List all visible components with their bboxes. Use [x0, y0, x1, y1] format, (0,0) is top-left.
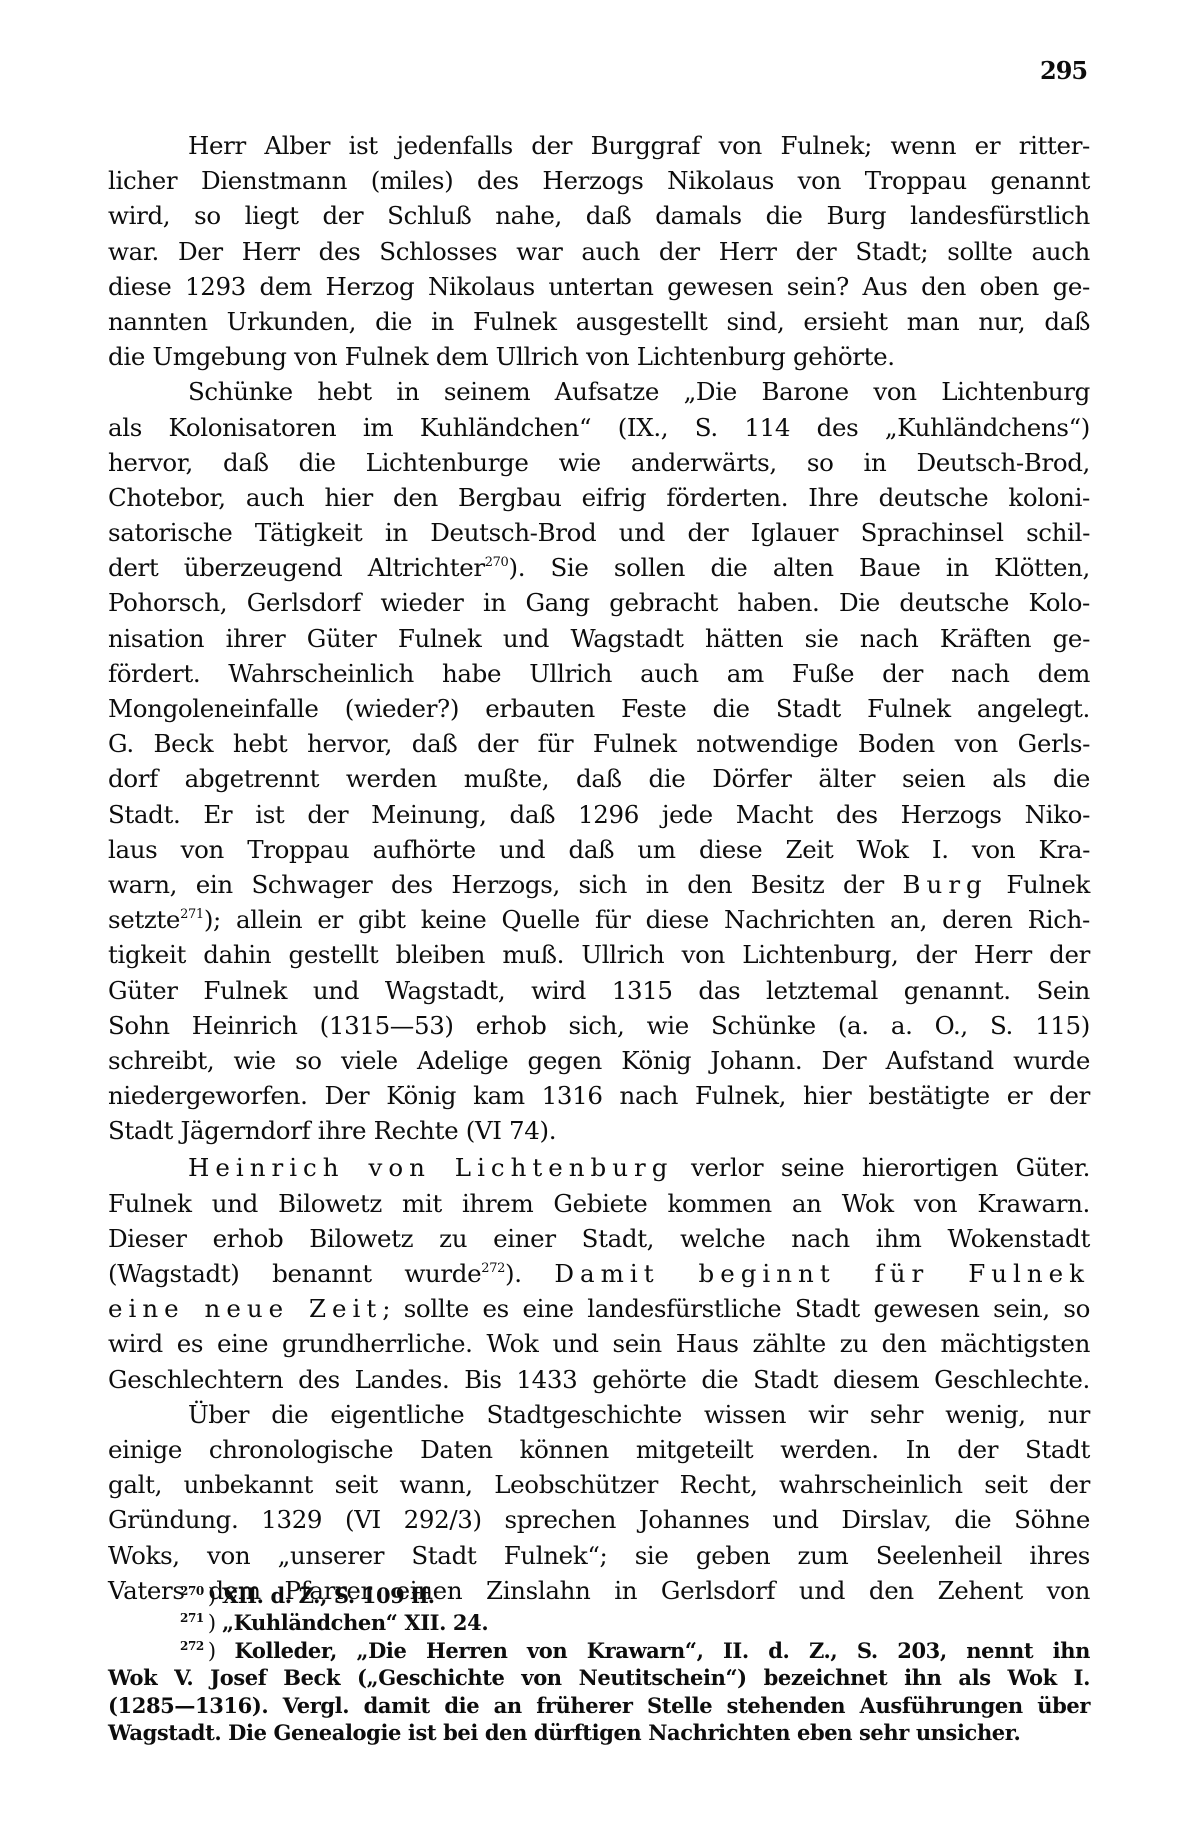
- text-line: Heinrich von Lichtenburg verlor seine hi…: [108, 1150, 1090, 1185]
- text-line: hervor, daß die Lichtenburge wie anderwä…: [108, 445, 1090, 480]
- text-line: wird es eine grundherrliche. Wok und sei…: [108, 1326, 1090, 1361]
- document-page: 295 Herr Alber ist jedenfalls der Burggr…: [0, 0, 1200, 1829]
- text-line: nisation ihrer Güter Fulnek und Wagstadt…: [108, 621, 1090, 656]
- footnote-270: 270) XII. d. Z., S. 109 ff.: [108, 1582, 1090, 1609]
- text-line: licher Dienstmann (miles) des Herzogs Ni…: [108, 163, 1090, 198]
- text-segment: warn, ein Schwager des Herzogs, sich in …: [108, 870, 884, 899]
- text-line: dert überzeugend Altrichter270). Sie sol…: [108, 550, 1090, 585]
- text-line: fördert. Wahrscheinlich habe Ullrich auc…: [108, 656, 1090, 691]
- footnote-ref-272[interactable]: 272: [481, 1261, 505, 1276]
- text-segment: ). Sie sollen die alten Baue in Klötten,: [508, 553, 1090, 582]
- text-line: dorf abgetrennt werden mußte, daß die Dö…: [108, 761, 1090, 796]
- text-segment: ).: [505, 1259, 554, 1288]
- text-line: Gründung. 1329 (VI 292/3) sprechen Johan…: [108, 1502, 1090, 1537]
- footnotes: 270) XII. d. Z., S. 109 ff. 271) „Kuhlän…: [108, 1582, 1090, 1746]
- emphasized-text: Damit beginnt für Fulnek: [554, 1259, 1090, 1288]
- text-line: die Umgebung von Fulnek dem Ullrich von …: [108, 339, 1090, 374]
- emphasized-text: Heinrich von Lichtenburg: [188, 1153, 673, 1182]
- text-line: Pohorsch, Gerlsdorf wieder in Gang gebra…: [108, 585, 1090, 620]
- text-line: eine neue Zeit; sollte es eine landesfür…: [108, 1291, 1090, 1326]
- footnote-continuation: Wagstadt. Die Genealogie ist bei den dür…: [108, 1719, 1090, 1746]
- footnote-mark: 270: [180, 1584, 204, 1598]
- footnote-text: „Kuhländchen“ XII. 24.: [222, 1610, 488, 1635]
- text-line: Chotebor, auch hier den Bergbau eifrig f…: [108, 480, 1090, 515]
- text-line: Woks, von „unserer Stadt Fulnek“; sie ge…: [108, 1538, 1090, 1573]
- footnote-text: XII. d. Z., S. 109 ff.: [222, 1583, 435, 1608]
- footnote-mark: 272: [180, 1639, 204, 1653]
- text-line: Über die eigentliche Stadtgeschichte wis…: [108, 1397, 1090, 1432]
- text-line: Sohn Heinrich (1315—53) erhob sich, wie …: [108, 1008, 1090, 1043]
- footnote-271: 271) „Kuhländchen“ XII. 24.: [108, 1609, 1090, 1636]
- text-line: G. Beck hebt hervor, daß der für Fulnek …: [108, 726, 1090, 761]
- text-segment: (Wagstadt) benannt wurde: [108, 1259, 481, 1288]
- emphasized-text: Burg: [903, 870, 988, 899]
- text-line: Dieser erhob Bilowetz zu einer Stadt, we…: [108, 1221, 1090, 1256]
- footnote-ref-271[interactable]: 271: [180, 907, 204, 922]
- text-line: als Kolonisatoren im Kuhländchen“ (IX., …: [108, 410, 1090, 445]
- footnote-272: 272) Kolleder, „Die Herren von Krawarn“,…: [108, 1637, 1090, 1664]
- footnote-continuation: Wok V. Josef Beck („Geschichte von Neuti…: [108, 1664, 1090, 1691]
- text-line: Geschlechtern des Landes. Bis 1433 gehör…: [108, 1362, 1090, 1397]
- footnote-text: Kolleder, „Die Herren von Krawarn“, II. …: [235, 1638, 1090, 1663]
- text-line: Herr Alber ist jedenfalls der Burggraf v…: [108, 128, 1090, 163]
- footnote-mark: 271: [180, 1611, 204, 1625]
- text-line: tigkeit dahin gestellt bleiben muß. Ullr…: [108, 937, 1090, 972]
- text-segment: dert überzeugend Altrichter: [108, 553, 485, 582]
- text-line: Stadt. Er ist der Meinung, daß 1296 jede…: [108, 797, 1090, 832]
- text-line: Schünke hebt in seinem Aufsatze „Die Bar…: [108, 374, 1090, 409]
- text-line: einige chronologische Daten können mitge…: [108, 1432, 1090, 1467]
- text-line: wird, so liegt der Schluß nahe, daß dama…: [108, 198, 1090, 233]
- text-line: warn, ein Schwager des Herzogs, sich in …: [108, 867, 1090, 902]
- footnote-ref-270[interactable]: 270: [485, 555, 509, 570]
- text-line: schreibt, wie so viele Adelige gegen Kön…: [108, 1043, 1090, 1078]
- text-line: Güter Fulnek und Wagstadt, wird 1315 das…: [108, 973, 1090, 1008]
- text-line: (Wagstadt) benannt wurde272). Damit begi…: [108, 1256, 1090, 1291]
- text-line: Fulnek und Bilowetz mit ihrem Gebiete ko…: [108, 1186, 1090, 1221]
- text-line: niedergeworfen. Der König kam 1316 nach …: [108, 1078, 1090, 1113]
- text-line: laus von Troppau aufhörte und daß um die…: [108, 832, 1090, 867]
- text-line: diese 1293 dem Herzog Nikolaus untertan …: [108, 269, 1090, 304]
- text-line: setzte271); allein er gibt keine Quelle …: [108, 902, 1090, 937]
- text-line: war. Der Herr des Schlosses war auch der…: [108, 234, 1090, 269]
- text-segment: verlor seine hierortigen Güter.: [673, 1153, 1090, 1182]
- text-line: galt, unbekannt seit wann, Leobschützer …: [108, 1467, 1090, 1502]
- text-line: Stadt Jägerndorf ihre Rechte (VI 74).: [108, 1113, 1090, 1148]
- emphasized-text: eine neue Zeit: [108, 1294, 382, 1323]
- main-text: Herr Alber ist jedenfalls der Burggraf v…: [108, 128, 1090, 1608]
- text-segment: setzte: [108, 905, 180, 934]
- footnote-continuation: (1285—1316). Vergl. damit die an frühere…: [108, 1692, 1090, 1719]
- text-line: nannten Urkunden, die in Fulnek ausgeste…: [108, 304, 1090, 339]
- text-segment: ); allein er gibt keine Quelle für diese…: [204, 905, 1090, 934]
- text-line: Mongoleneinfalle (wieder?) erbauten Fest…: [108, 691, 1090, 726]
- text-segment: Fulnek: [988, 870, 1090, 899]
- text-line: satorische Tätigkeit in Deutsch-Brod und…: [108, 515, 1090, 550]
- text-segment: ; sollte es eine landesfürstliche Stadt …: [382, 1294, 1090, 1323]
- page-number: 295: [1040, 56, 1087, 85]
